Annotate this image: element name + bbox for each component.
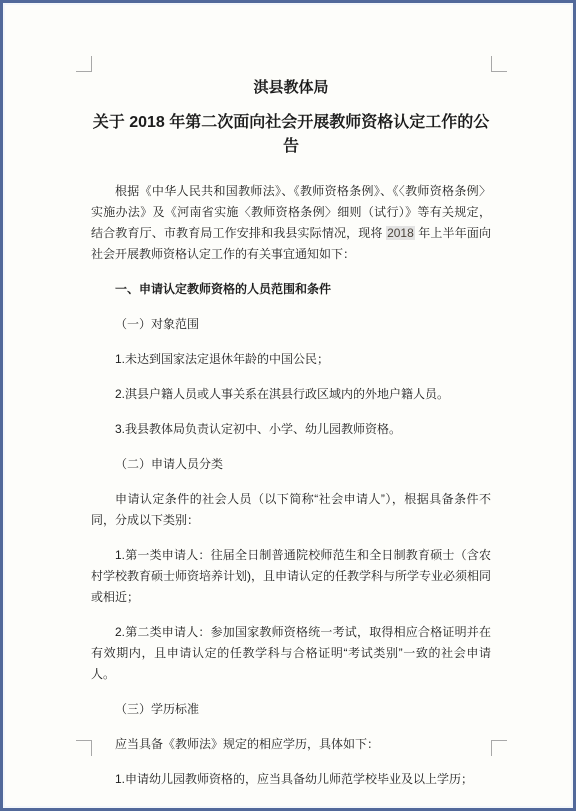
subsection-1-item-3: 3.我县教体局负责认定初中、小学、幼儿园教师资格。 bbox=[91, 419, 491, 440]
subsection-3-intro: 应当具备《教师法》规定的相应学历，具体如下： bbox=[91, 734, 491, 755]
subsection-2-item-1: 1.第一类申请人：往届全日制普通院校师范生和全日制教育硕士（含农村学校教育硕士师… bbox=[91, 545, 491, 608]
crop-mark-top-right bbox=[491, 56, 507, 72]
document-content: 淇县教体局 关于 2018 年第二次面向社会开展教师资格认定工作的公告 根据《中… bbox=[91, 71, 491, 790]
section-1-heading: 一、申请认定教师资格的人员范围和条件 bbox=[91, 279, 491, 300]
document-page: 淇县教体局 关于 2018 年第二次面向社会开展教师资格认定工作的公告 根据《中… bbox=[0, 0, 576, 811]
organization-title: 淇县教体局 bbox=[91, 77, 491, 99]
subsection-3-item-1: 1.申请幼儿园教师资格的，应当具备幼儿师范学校毕业及以上学历； bbox=[91, 769, 491, 790]
subsection-1-item-1: 1.未达到国家法定退休年龄的中国公民； bbox=[91, 349, 491, 370]
intro-paragraph: 根据《中华人民共和国教师法》、《教师资格条例》、《〈教师资格条例〉实施办法》及《… bbox=[91, 181, 491, 265]
crop-mark-top-left bbox=[76, 56, 92, 72]
subsection-1-heading: （一）对象范围 bbox=[91, 314, 491, 335]
subsection-3-heading: （三）学历标准 bbox=[91, 699, 491, 720]
subsection-2-item-2: 2.第二类申请人：参加国家教师资格统一考试，取得相应合格证明并在有效期内，且申请… bbox=[91, 622, 491, 685]
announcement-title: 关于 2018 年第二次面向社会开展教师资格认定工作的公告 bbox=[91, 111, 491, 159]
crop-mark-bottom-right bbox=[491, 740, 507, 756]
crop-mark-bottom-left bbox=[76, 740, 92, 756]
year-field: 2018 bbox=[386, 226, 415, 240]
subsection-2-intro: 申请认定条件的社会人员（以下简称“社会申请人”），根据具备条件不同，分成以下类别… bbox=[91, 489, 491, 531]
subsection-1-item-2: 2.淇县户籍人员或人事关系在淇县行政区域内的外地户籍人员。 bbox=[91, 384, 491, 405]
subsection-2-heading: （二）申请人员分类 bbox=[91, 454, 491, 475]
